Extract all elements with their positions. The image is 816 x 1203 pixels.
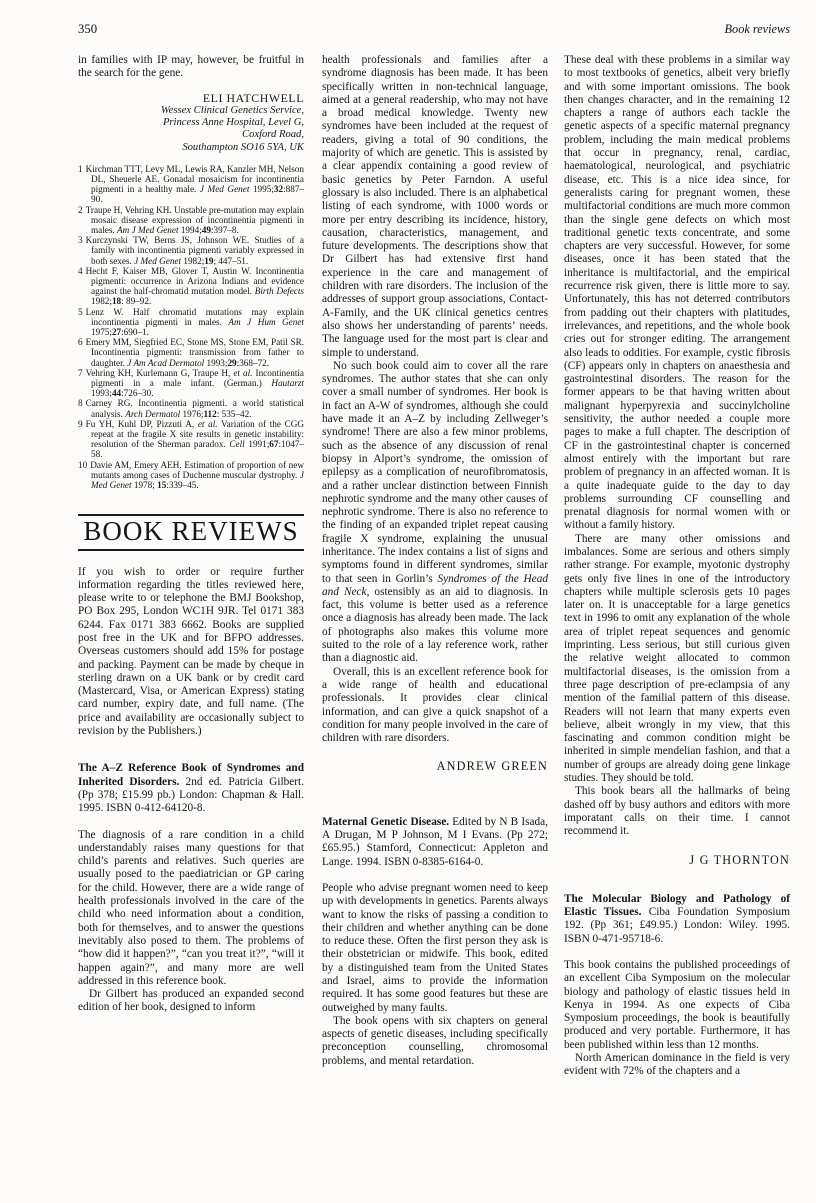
review-citation: The Molecular Biology and Pathology of E… [564,893,790,946]
reference-text: Emery MM, Siegfried EC, Stone MS, Stone … [86,337,304,367]
reference-text: Traupe H, Vehring KH. Unstable pre-mutat… [86,205,304,235]
review-paragraph: There are many other omissions and imbal… [564,533,790,786]
review-paragraph: Dr Gilbert has produced an expanded seco… [78,988,304,1015]
reference-item: 5Lenz W. Half chromatid mutations may ex… [78,307,304,338]
journal-page: 350 Book reviews in families with IP may… [0,0,816,1203]
author-name: ELI HATCHWELL [78,92,304,105]
ordering-info-paragraph: If you wish to order or require further … [78,566,304,739]
reference-text: Carney RG. Incontinentia pigmenti. a wor… [86,398,304,418]
review-paragraph: Overall, this is an excellent reference … [322,666,548,746]
bottom-rule [78,549,304,551]
review-paragraph: This book contains the published proceed… [564,959,790,1052]
reference-number: 8 [78,398,86,408]
reference-number: 10 [78,460,90,470]
review-citation: Maternal Genetic Disease. Edited by N B … [322,816,548,869]
reviewer-name: ANDREW GREEN [322,760,548,773]
review-citation: The A–Z Reference Book of Syndromes and … [78,762,304,815]
review-paragraph: This book bears all the hallmarks of bei… [564,785,790,838]
reviewer-name: J G THORNTON [564,854,790,867]
reference-item: 6Emery MM, Siegfried EC, Stone MS, Stone… [78,337,304,368]
intro-paragraph: in families with IP may, however, be fru… [78,54,304,81]
affiliation-line: Princess Anne Hospital, Level G, [78,117,304,129]
reference-item: 10Davie AM, Emery AEH. Estimation of pro… [78,460,304,491]
reference-number: 4 [78,266,86,276]
reference-item: 8Carney RG. Incontinentia pigmenti. a wo… [78,398,304,418]
book-reviews-section-header: BOOK REVIEWS [78,514,304,550]
review-paragraph: North American dominance in the field is… [564,1052,790,1079]
review-paragraph: health professionals and families after … [322,54,548,360]
review-paragraph: The book opens with six chapters on gene… [322,1015,548,1068]
reference-text: Davie AM, Emery AEH. Estimation of propo… [90,460,304,490]
reference-text: Kirchman TTT, Levy ML, Lewis RA, Kanzler… [86,164,304,205]
review-paragraph: The diagnosis of a rare condition in a c… [78,829,304,989]
reference-number: 6 [78,337,86,347]
affiliation-line: Coxford Road, [78,129,304,141]
reference-number: 5 [78,307,86,317]
section-title: BOOK REVIEWS [78,516,304,548]
reference-number: 2 [78,205,86,215]
reference-item: 3Kurczynski TW, Berns JS, Johnson WE. St… [78,235,304,266]
review-paragraph: No such book could aim to cover all the … [322,360,548,666]
reference-number: 3 [78,235,86,245]
reference-text: Hecht F, Kaiser MB, Glover T, Austin W. … [86,266,304,307]
reference-item: 7Vehring KH, Kurlemann G, Traupe H, et a… [78,368,304,399]
review-paragraph: People who advise pregnant women need to… [322,882,548,1015]
left-column: in families with IP may, however, be fru… [78,54,304,1015]
reference-item: 2Traupe H, Vehring KH. Unstable pre-muta… [78,205,304,236]
references-list: 1Kirchman TTT, Levy ML, Lewis RA, Kanzle… [78,164,304,491]
reference-text: Lenz W. Half chromatid mutations may exp… [86,307,304,337]
middle-column: health professionals and families after … [322,54,548,1068]
reference-item: 4Hecht F, Kaiser MB, Glover T, Austin W.… [78,266,304,307]
reference-number: 7 [78,368,86,378]
reference-item: 1Kirchman TTT, Levy ML, Lewis RA, Kanzle… [78,164,304,205]
affiliation-line: Southampton SO16 5YA, UK [78,142,304,154]
affiliation-line: Wessex Clinical Genetics Service, [78,105,304,117]
reference-number: 1 [78,164,86,174]
reference-text: Fu YH, Kuhl DP, Pizzuti A, et al. Variat… [86,419,304,460]
reference-text: Vehring KH, Kurlemann G, Traupe H, et al… [86,368,304,398]
review-paragraph: These deal with these problems in a simi… [564,54,790,533]
author-signature-block: ELI HATCHWELL Wessex Clinical Genetics S… [78,92,304,154]
reference-number: 9 [78,419,86,429]
page-number: 350 [78,22,97,37]
running-head: Book reviews [725,22,790,37]
reference-text: Kurczynski TW, Berns JS, Johnson WE. Stu… [86,235,304,265]
reference-item: 9Fu YH, Kuhl DP, Pizzuti A, et al. Varia… [78,419,304,460]
right-column: These deal with these problems in a simi… [564,54,790,1079]
